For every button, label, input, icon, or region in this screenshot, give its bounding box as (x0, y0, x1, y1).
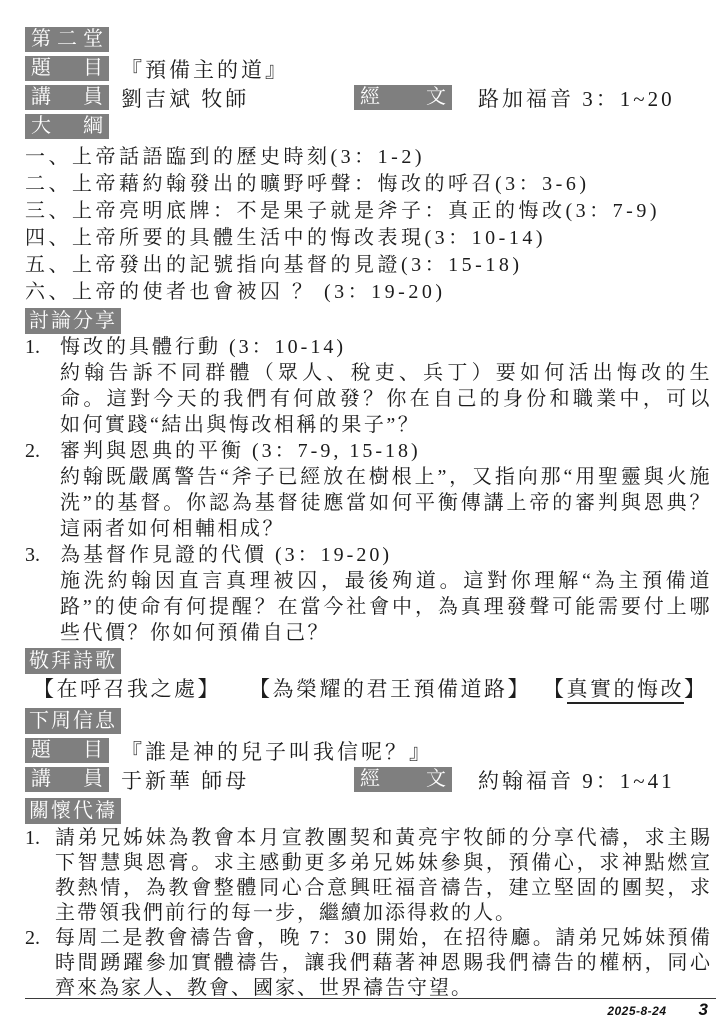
discussion-item-title: 為基督作見證的代價 (3：19-20) (60, 542, 712, 568)
next-scripture-label: 經 文 (354, 767, 452, 792)
next-speaker-label: 講 員 (25, 767, 109, 792)
songs-row: 【在呼召我之處】 【為榮耀的君王預備道路】 【真實的悔改】 (25, 674, 712, 702)
worship-header: 敬拜詩歌 (25, 648, 121, 674)
prayer-section: 關懷代禱 1. 請弟兄姊妹為教會本月宣教團契和黃亮宇牧師的分享代禱，求主賜下智慧… (25, 798, 712, 1001)
discussion-item-number: 2. (25, 438, 60, 542)
topic-row: 題 目 『預備主的道』 (25, 55, 712, 82)
outline-list: 一、上帝話語臨到的歷史時刻(3：1-2) 二、上帝藉約翰發出的曠野呼聲：悔改的呼… (25, 144, 712, 306)
discussion-item-number: 3. (25, 542, 60, 646)
speaker-label: 講 員 (25, 85, 109, 110)
page-number: 3 (699, 1000, 708, 1020)
next-week-section: 下周信息 題 目 『誰是神的兒子叫我信呢？』 講 員 于新華 師母 經 文 約翰… (25, 708, 712, 793)
outline-item: 四、上帝所要的具體生活中的悔改表現(3：10-14) (25, 225, 712, 252)
discussion-item-number: 1. (25, 334, 60, 438)
song-title: 【在呼召我之處】 (33, 673, 221, 703)
next-topic-row: 題 目 『誰是神的兒子叫我信呢？』 (25, 737, 712, 764)
discussion-item-body: 約翰既嚴厲警告“斧子已經放在樹根上”，又指向那“用聖靈與火施洗”的基督。你認為基… (60, 464, 712, 542)
scripture-value: 路加福音 3：1~20 (478, 83, 675, 113)
prayer-item-body: 每周二是教會禱告會，晚 7：30 開始，在招待廳。請弟兄姊妹預備時間踴躍參加實體… (55, 926, 712, 1001)
next-speaker-value: 于新華 師母 (121, 765, 354, 795)
prayer-item: 2. 每周二是教會禱告會，晚 7：30 開始，在招待廳。請弟兄姊妹預備時間踴躍參… (25, 926, 712, 1001)
topic-value: 『預備主的道』 (121, 54, 289, 84)
song-title: 【為榮耀的君王預備道路】 (249, 673, 531, 703)
outline-item: 三、上帝亮明底牌：不是果子就是斧子：真正的悔改(3：7-9) (25, 198, 712, 225)
discussion-section: 討論分享 1. 悔改的具體行動 (3：10-14) 約翰告訴不同群體（眾人、稅吏… (25, 308, 712, 646)
discussion-item: 2. 審判與恩典的平衡 (3：7-9, 15-18) 約翰既嚴厲警告“斧子已經放… (25, 438, 712, 542)
outline-label-row: 大 綱 (25, 113, 712, 140)
discussion-item: 1. 悔改的具體行動 (3：10-14) 約翰告訴不同群體（眾人、稅吏、兵丁）要… (25, 334, 712, 438)
prayer-item-body: 請弟兄姊妹為教會本月宣教團契和黃亮宇牧師的分享代禱，求主賜下智慧與恩膏。求主感動… (55, 826, 712, 926)
session-row: 第 二 堂 (25, 26, 712, 53)
discussion-item-body: 約翰告訴不同群體（眾人、稅吏、兵丁）要如何活出悔改的生命。這對今天的我們有何啟發… (60, 360, 712, 438)
footer-date: 2025-8-24 (607, 1004, 666, 1018)
discussion-header: 討論分享 (25, 308, 121, 334)
outline-item: 六、上帝的使者也會被囚 ？ (3：19-20) (25, 279, 712, 306)
discussion-item: 3. 為基督作見證的代價 (3：19-20) 施洗約翰因直言真理被囚，最後殉道。… (25, 542, 712, 646)
page-footer: 2025-8-24 3 (25, 998, 716, 1020)
worship-section: 敬拜詩歌 【在呼召我之處】 【為榮耀的君王預備道路】 【真實的悔改】 (25, 648, 712, 702)
scripture-label: 經 文 (354, 85, 452, 110)
outline-item: 一、上帝話語臨到的歷史時刻(3：1-2) (25, 144, 712, 171)
topic-label: 題 目 (25, 56, 109, 81)
prayer-item-number: 2. (25, 926, 55, 1001)
next-topic-label: 題 目 (25, 738, 109, 763)
next-scripture-value: 約翰福音 9：1~41 (478, 765, 675, 795)
outline-item: 二、上帝藉約翰發出的曠野呼聲：悔改的呼召(3：3-6) (25, 171, 712, 198)
prayer-header: 關懷代禱 (25, 798, 121, 824)
discussion-item-body: 施洗約翰因直言真理被囚，最後殉道。這對你理解“為主預備道路”的使命有何提醒？在當… (60, 568, 712, 646)
bulletin-page: 第 二 堂 題 目 『預備主的道』 講 員 劉吉斌 牧師 經 文 路加福音 3：… (0, 0, 724, 1024)
outline-item: 五、上帝發出的記號指向基督的見證(3：15-18) (25, 252, 712, 279)
speaker-value: 劉吉斌 牧師 (121, 83, 354, 113)
song-title-underlined: 【真實的悔改】 (543, 673, 708, 703)
session-badge: 第 二 堂 (25, 27, 109, 52)
next-topic-value: 『誰是神的兒子叫我信呢？』 (121, 736, 433, 766)
outline-label: 大 綱 (25, 114, 109, 139)
song-underline-text: 真實的悔改 (567, 677, 685, 704)
prayer-item: 1. 請弟兄姊妹為教會本月宣教團契和黃亮宇牧師的分享代禱，求主賜下智慧與恩膏。求… (25, 826, 712, 926)
discussion-item-title: 審判與恩典的平衡 (3：7-9, 15-18) (60, 438, 712, 464)
next-week-header: 下周信息 (25, 708, 121, 734)
prayer-item-number: 1. (25, 826, 55, 926)
speaker-row: 講 員 劉吉斌 牧師 經 文 路加福音 3：1~20 (25, 84, 712, 111)
next-speaker-row: 講 員 于新華 師母 經 文 約翰福音 9：1~41 (25, 766, 712, 793)
discussion-item-title: 悔改的具體行動 (3：10-14) (60, 334, 712, 360)
